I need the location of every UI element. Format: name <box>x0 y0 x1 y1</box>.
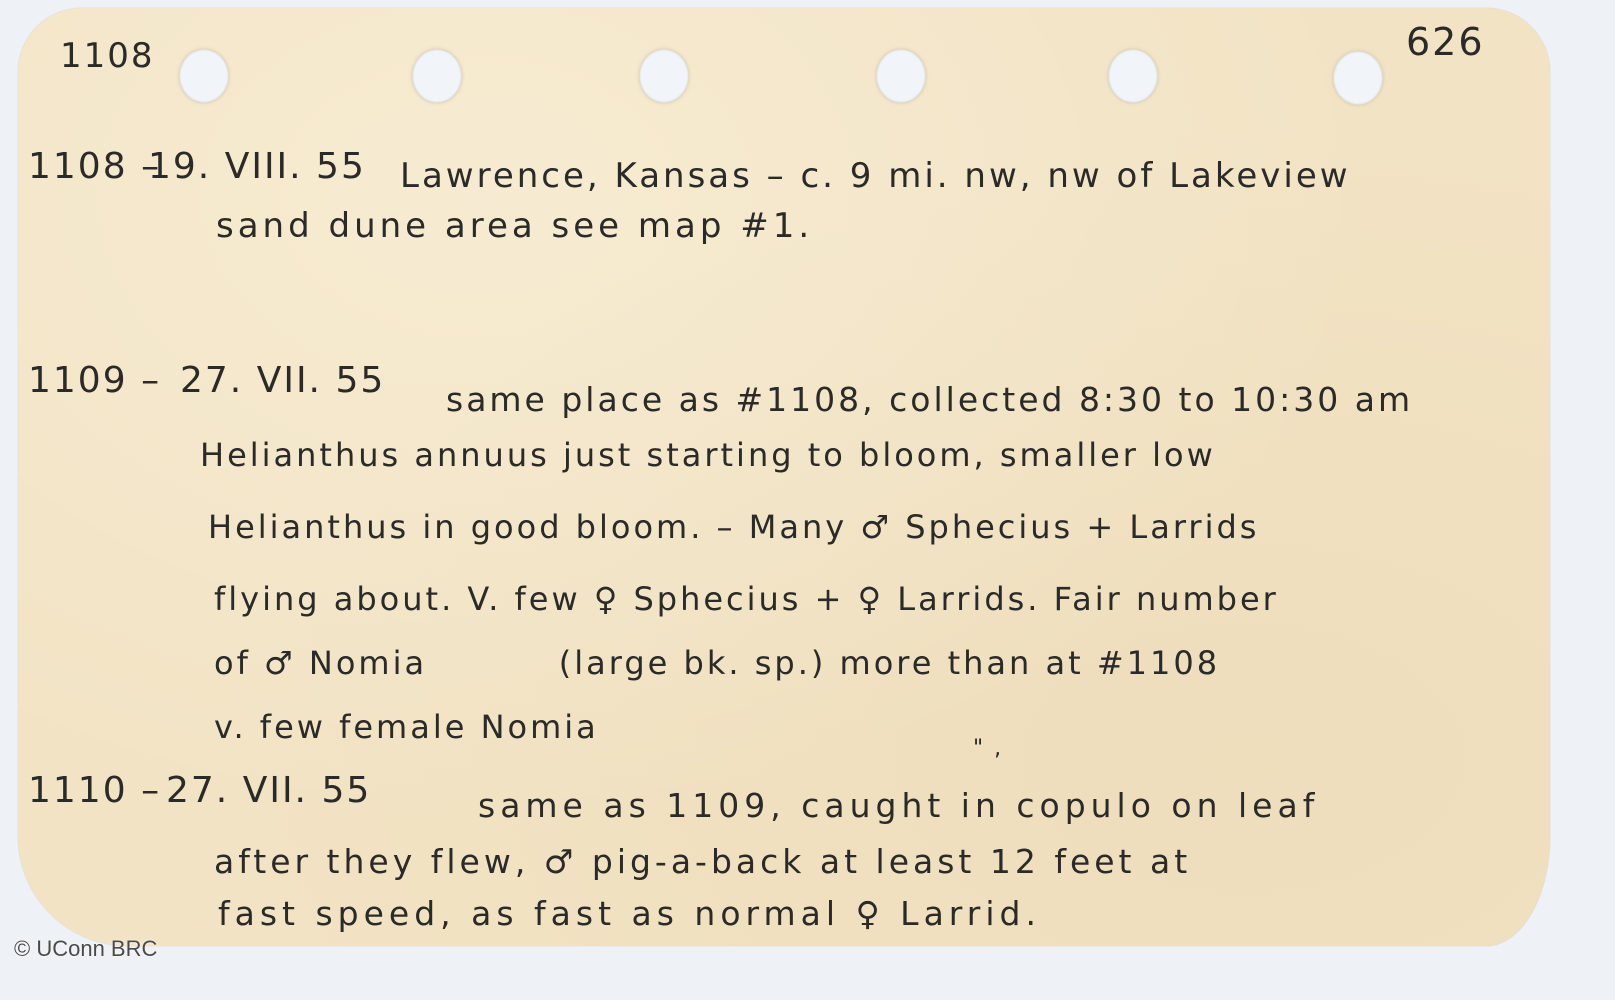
entry-number: 1108 – <box>28 146 161 187</box>
index-card: 1108 626 1108 – 19. VIII. 55 Lawrence, K… <box>18 8 1550 946</box>
ditto-mark: " , <box>973 736 1003 761</box>
entry-number: 1109 – <box>28 360 161 401</box>
entry-line: of ♂ Nomia (large bk. sp.) more than at … <box>214 644 1220 682</box>
entry-date: 27. VII. 55 <box>180 360 385 401</box>
entry-line: sand dune area see map #1. <box>216 206 813 246</box>
card-number-top-right: 626 <box>1406 20 1485 64</box>
entry-number: 1110 – <box>28 770 161 811</box>
entry-date: 19. VIII. 55 <box>148 146 366 187</box>
entry-line: Helianthus annuus just starting to bloom… <box>200 436 1216 474</box>
entry-line: Helianthus in good bloom. – Many ♂ Sphec… <box>208 508 1259 546</box>
punch-hole <box>1333 51 1383 105</box>
punch-hole <box>412 49 462 103</box>
entry-line: same as 1109, caught in copulo on leaf <box>478 786 1319 825</box>
entry-line: Lawrence, Kansas – c. 9 mi. nw, nw of La… <box>400 156 1351 196</box>
copyright-watermark: © UConn BRC <box>14 936 157 962</box>
punch-hole <box>876 49 926 103</box>
entry-line: flying about. V. few ♀ Sphecius + ♀ Larr… <box>214 580 1279 618</box>
entry-line: v. few female Nomia <box>214 708 599 746</box>
punch-hole <box>639 49 689 103</box>
entry-date: 27. VII. 55 <box>166 770 371 811</box>
punch-hole <box>179 49 229 103</box>
card-number-top-left: 1108 <box>60 36 155 76</box>
entry-line: same place as #1108, collected 8:30 to 1… <box>446 380 1413 419</box>
punch-hole <box>1108 49 1158 103</box>
entry-line: after they flew, ♂ pig-a-back at least 1… <box>214 842 1191 881</box>
entry-line: fast speed, as fast as normal ♀ Larrid. <box>218 894 1041 933</box>
